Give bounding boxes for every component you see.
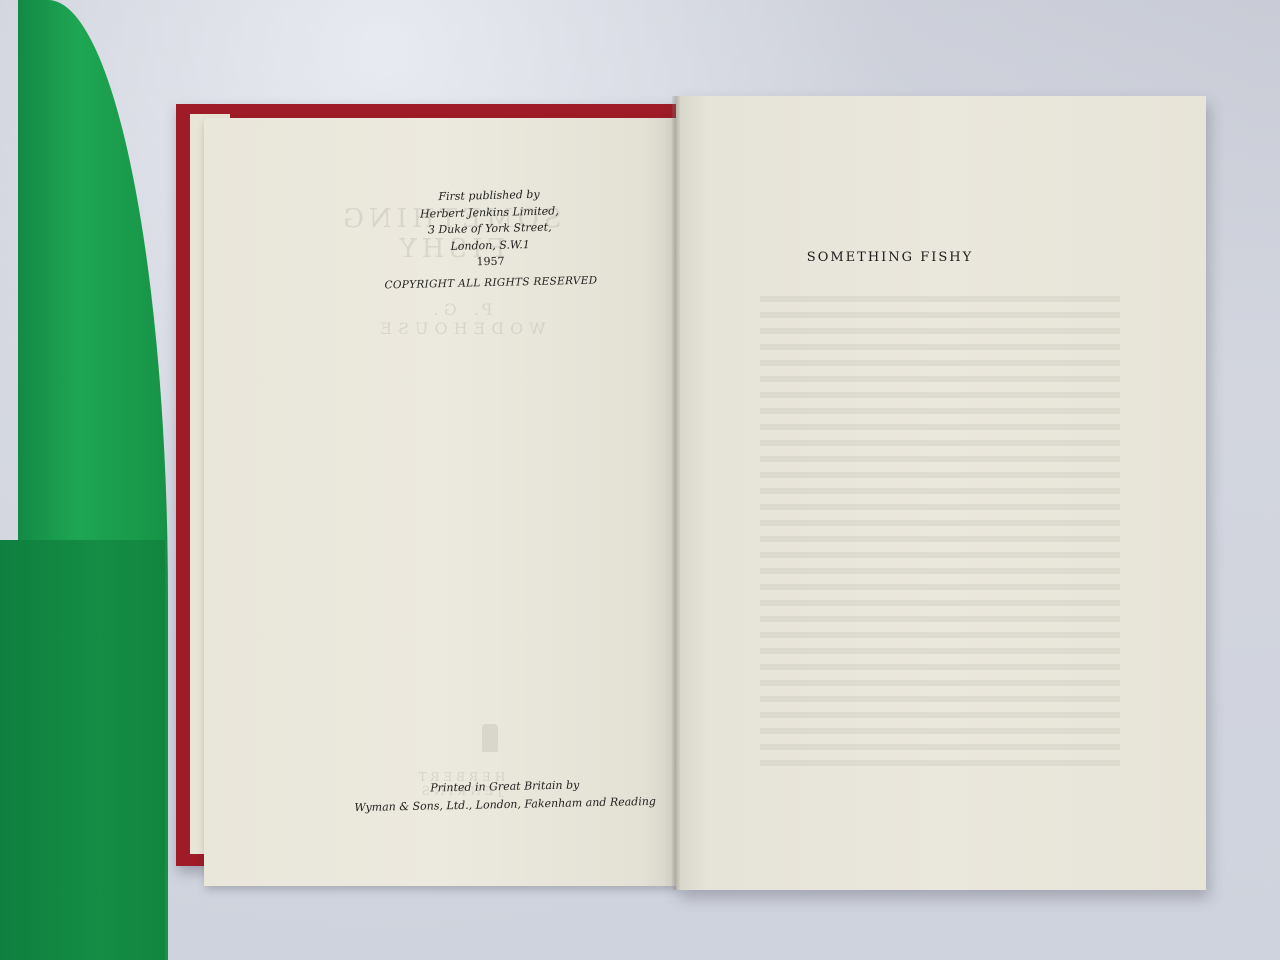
imprint-block: First published by Herbert Jenkins Limit… [359,185,621,294]
show-through-text [760,296,1120,776]
half-title: SOMETHING FISHY [800,250,980,265]
green-board-lower [0,540,165,960]
printer-block: Printed in Great Britain by Wyman & Sons… [345,775,666,818]
show-through-author: P. G. WODEHOUSE [360,300,560,338]
publisher-logo-icon [482,724,498,752]
book-gutter [672,96,680,890]
